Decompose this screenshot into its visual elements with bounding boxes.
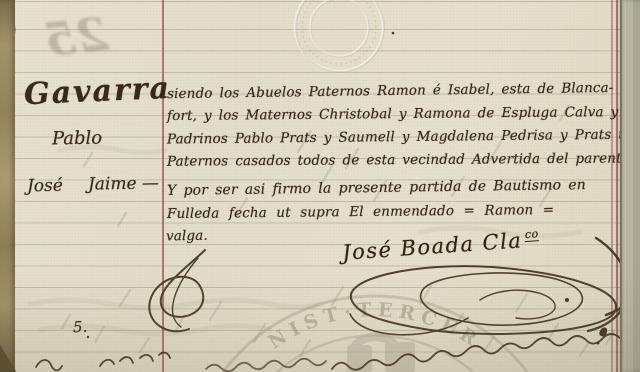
manuscript-page: NIST·TERCER 25	[0, 0, 640, 372]
paper-vignette	[0, 0, 640, 372]
